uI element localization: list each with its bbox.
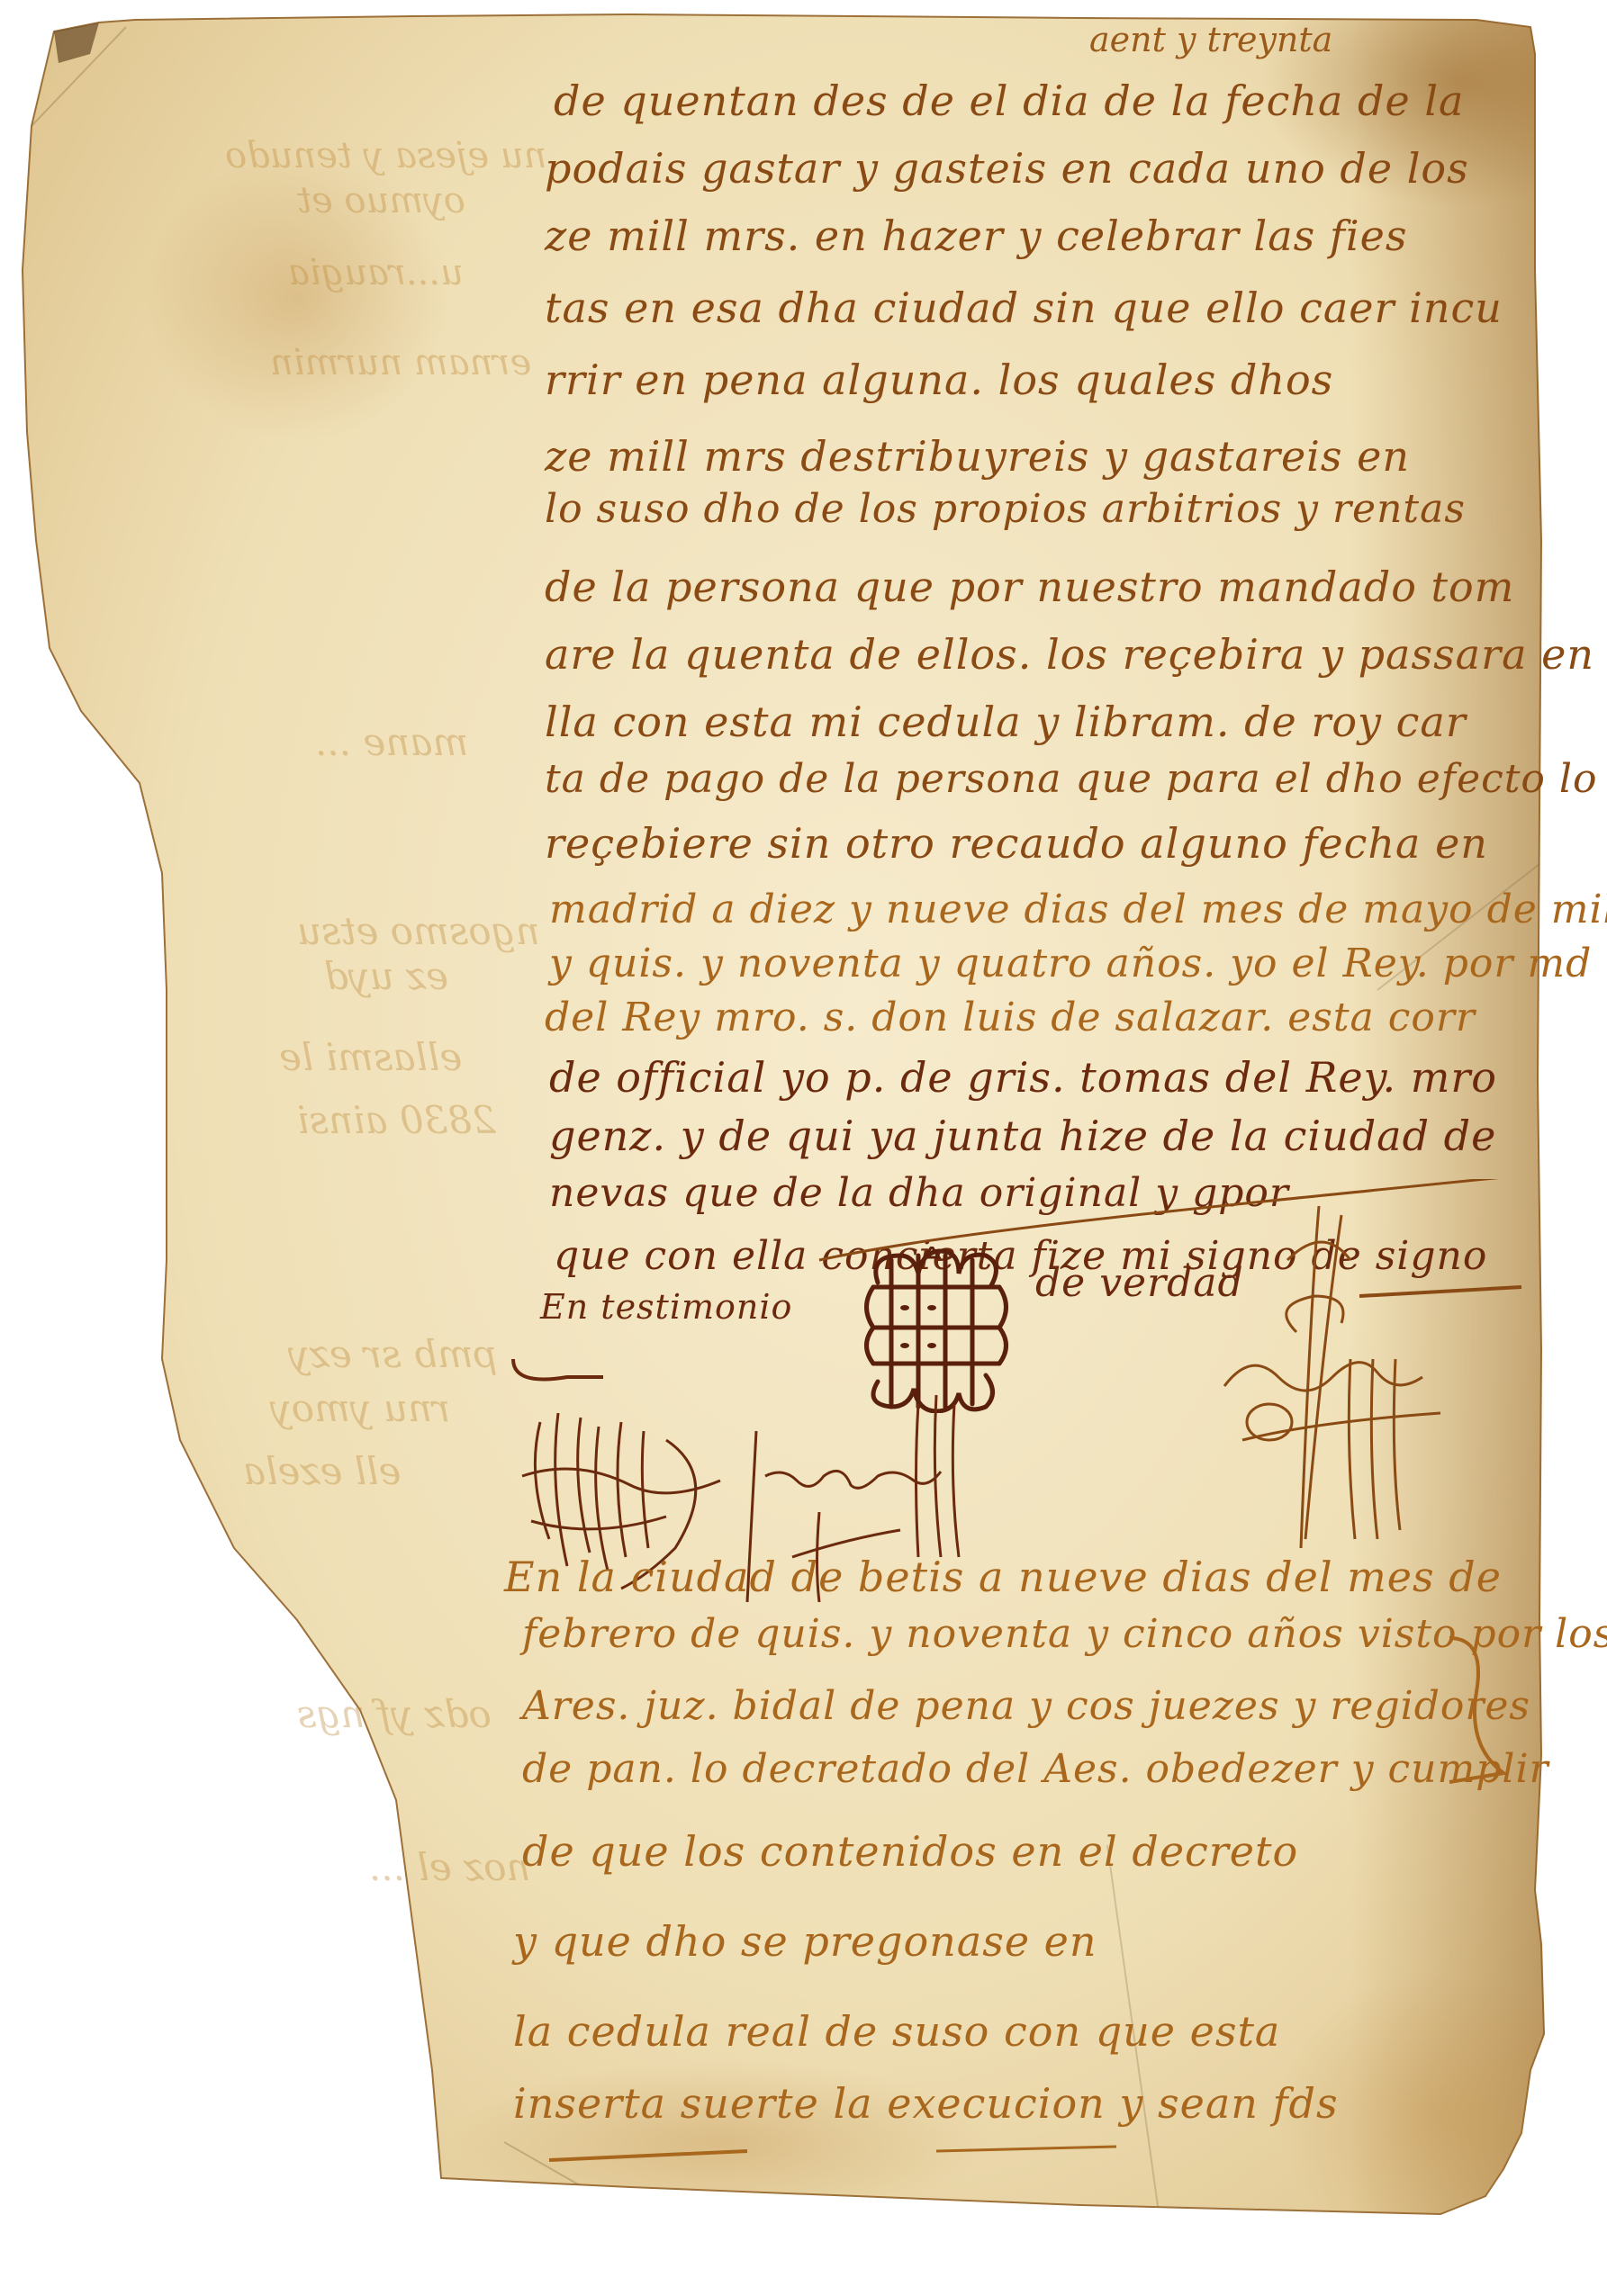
body-line: de quentan des de el dia de la fecha de … [554, 77, 1464, 125]
bleed-through-line: pmb sr ezy [288, 1332, 498, 1376]
closing-flourish [540, 2142, 1260, 2196]
body-line: tas en esa dha ciudad sin que ello caer … [545, 284, 1503, 332]
lower-line: inserta suerte la execucion y sean fds [513, 2079, 1339, 2128]
bleed-through-line: nu ejesa y tenudo [225, 135, 546, 176]
body-line: lla con esta mi cedula y libram. de roy … [545, 698, 1467, 746]
body-line: madrid a diez y nueve dias del mes de ma… [549, 887, 1607, 932]
lower-line: y que dho se pregonase en [513, 1917, 1097, 1966]
bleed-through-line: rnu ymoy [270, 1386, 450, 1430]
bleed-through-line: mane ... [315, 720, 468, 764]
body-line: ze mill mrs. en hazer y celebrar las fie… [545, 212, 1407, 260]
body-line: genz. y de qui ya junta hize de la ciuda… [549, 1112, 1496, 1160]
header-note: aent y treynta [1089, 20, 1332, 59]
body-line: de official yo p. de gris. tomas del Rey… [549, 1053, 1497, 1102]
body-line: podais gastar y gasteis en cada uno de l… [545, 144, 1469, 193]
lower-line: En la ciudad de betis a nueve dias del m… [504, 1553, 1502, 1601]
bleed-through-line: ernam nurmin [270, 342, 531, 383]
ink-layer: nu ejesa y tenudo oymuo et u...raugia er… [0, 0, 1607, 2296]
bleed-through-line: noz el ... [369, 1845, 531, 1889]
bleed-through-line: ellasmi le [279, 1035, 462, 1079]
lower-line: de pan. lo decretado del Aes. obedezer y… [522, 1746, 1549, 1792]
bleed-through-line: ngosmo etsu [297, 909, 540, 953]
body-line: y quis. y noventa y quatro años. yo el R… [549, 941, 1592, 986]
body-line: lo suso dho de los propios arbitrios y r… [545, 486, 1466, 532]
bleed-through-line: 2830 ainsi [297, 1098, 496, 1142]
manuscript-page: nu ejesa y tenudo oymuo et u...raugia er… [0, 0, 1607, 2296]
body-line: ze mill mrs destribuyreis y gastareis en [545, 432, 1410, 481]
body-line: del Rey mro. s. don luis de salazar. est… [545, 995, 1476, 1040]
body-line: de la persona que por nuestro mandado to… [545, 563, 1514, 611]
body-line: are la quenta de ellos. los reçebira y p… [545, 630, 1594, 679]
bleed-through-line: ell ezela [243, 1449, 401, 1493]
bleed-through-line: odz yf ngs [297, 1692, 492, 1736]
body-line: rrir en pena alguna. los quales dhos [545, 356, 1333, 404]
bleed-through-line: u...raugia [288, 252, 464, 293]
lower-line: Ares. juz. bidal de pena y cos juezes y … [522, 1683, 1530, 1729]
body-line: ta de pago de la persona que para el dho… [545, 756, 1597, 802]
margin-bracket [1431, 1629, 1539, 1809]
lower-line: de que los contenidos en el decreto [522, 1827, 1298, 1876]
body-line: reçebiere sin otro recaudo alguno fecha … [545, 819, 1488, 868]
bleed-through-line: oymuo et [297, 180, 465, 221]
signature-rubric-right [1215, 1206, 1485, 1566]
bleed-through-line: ez uyd [324, 954, 448, 998]
lower-line: la cedula real de suso con que esta [513, 2007, 1280, 2056]
